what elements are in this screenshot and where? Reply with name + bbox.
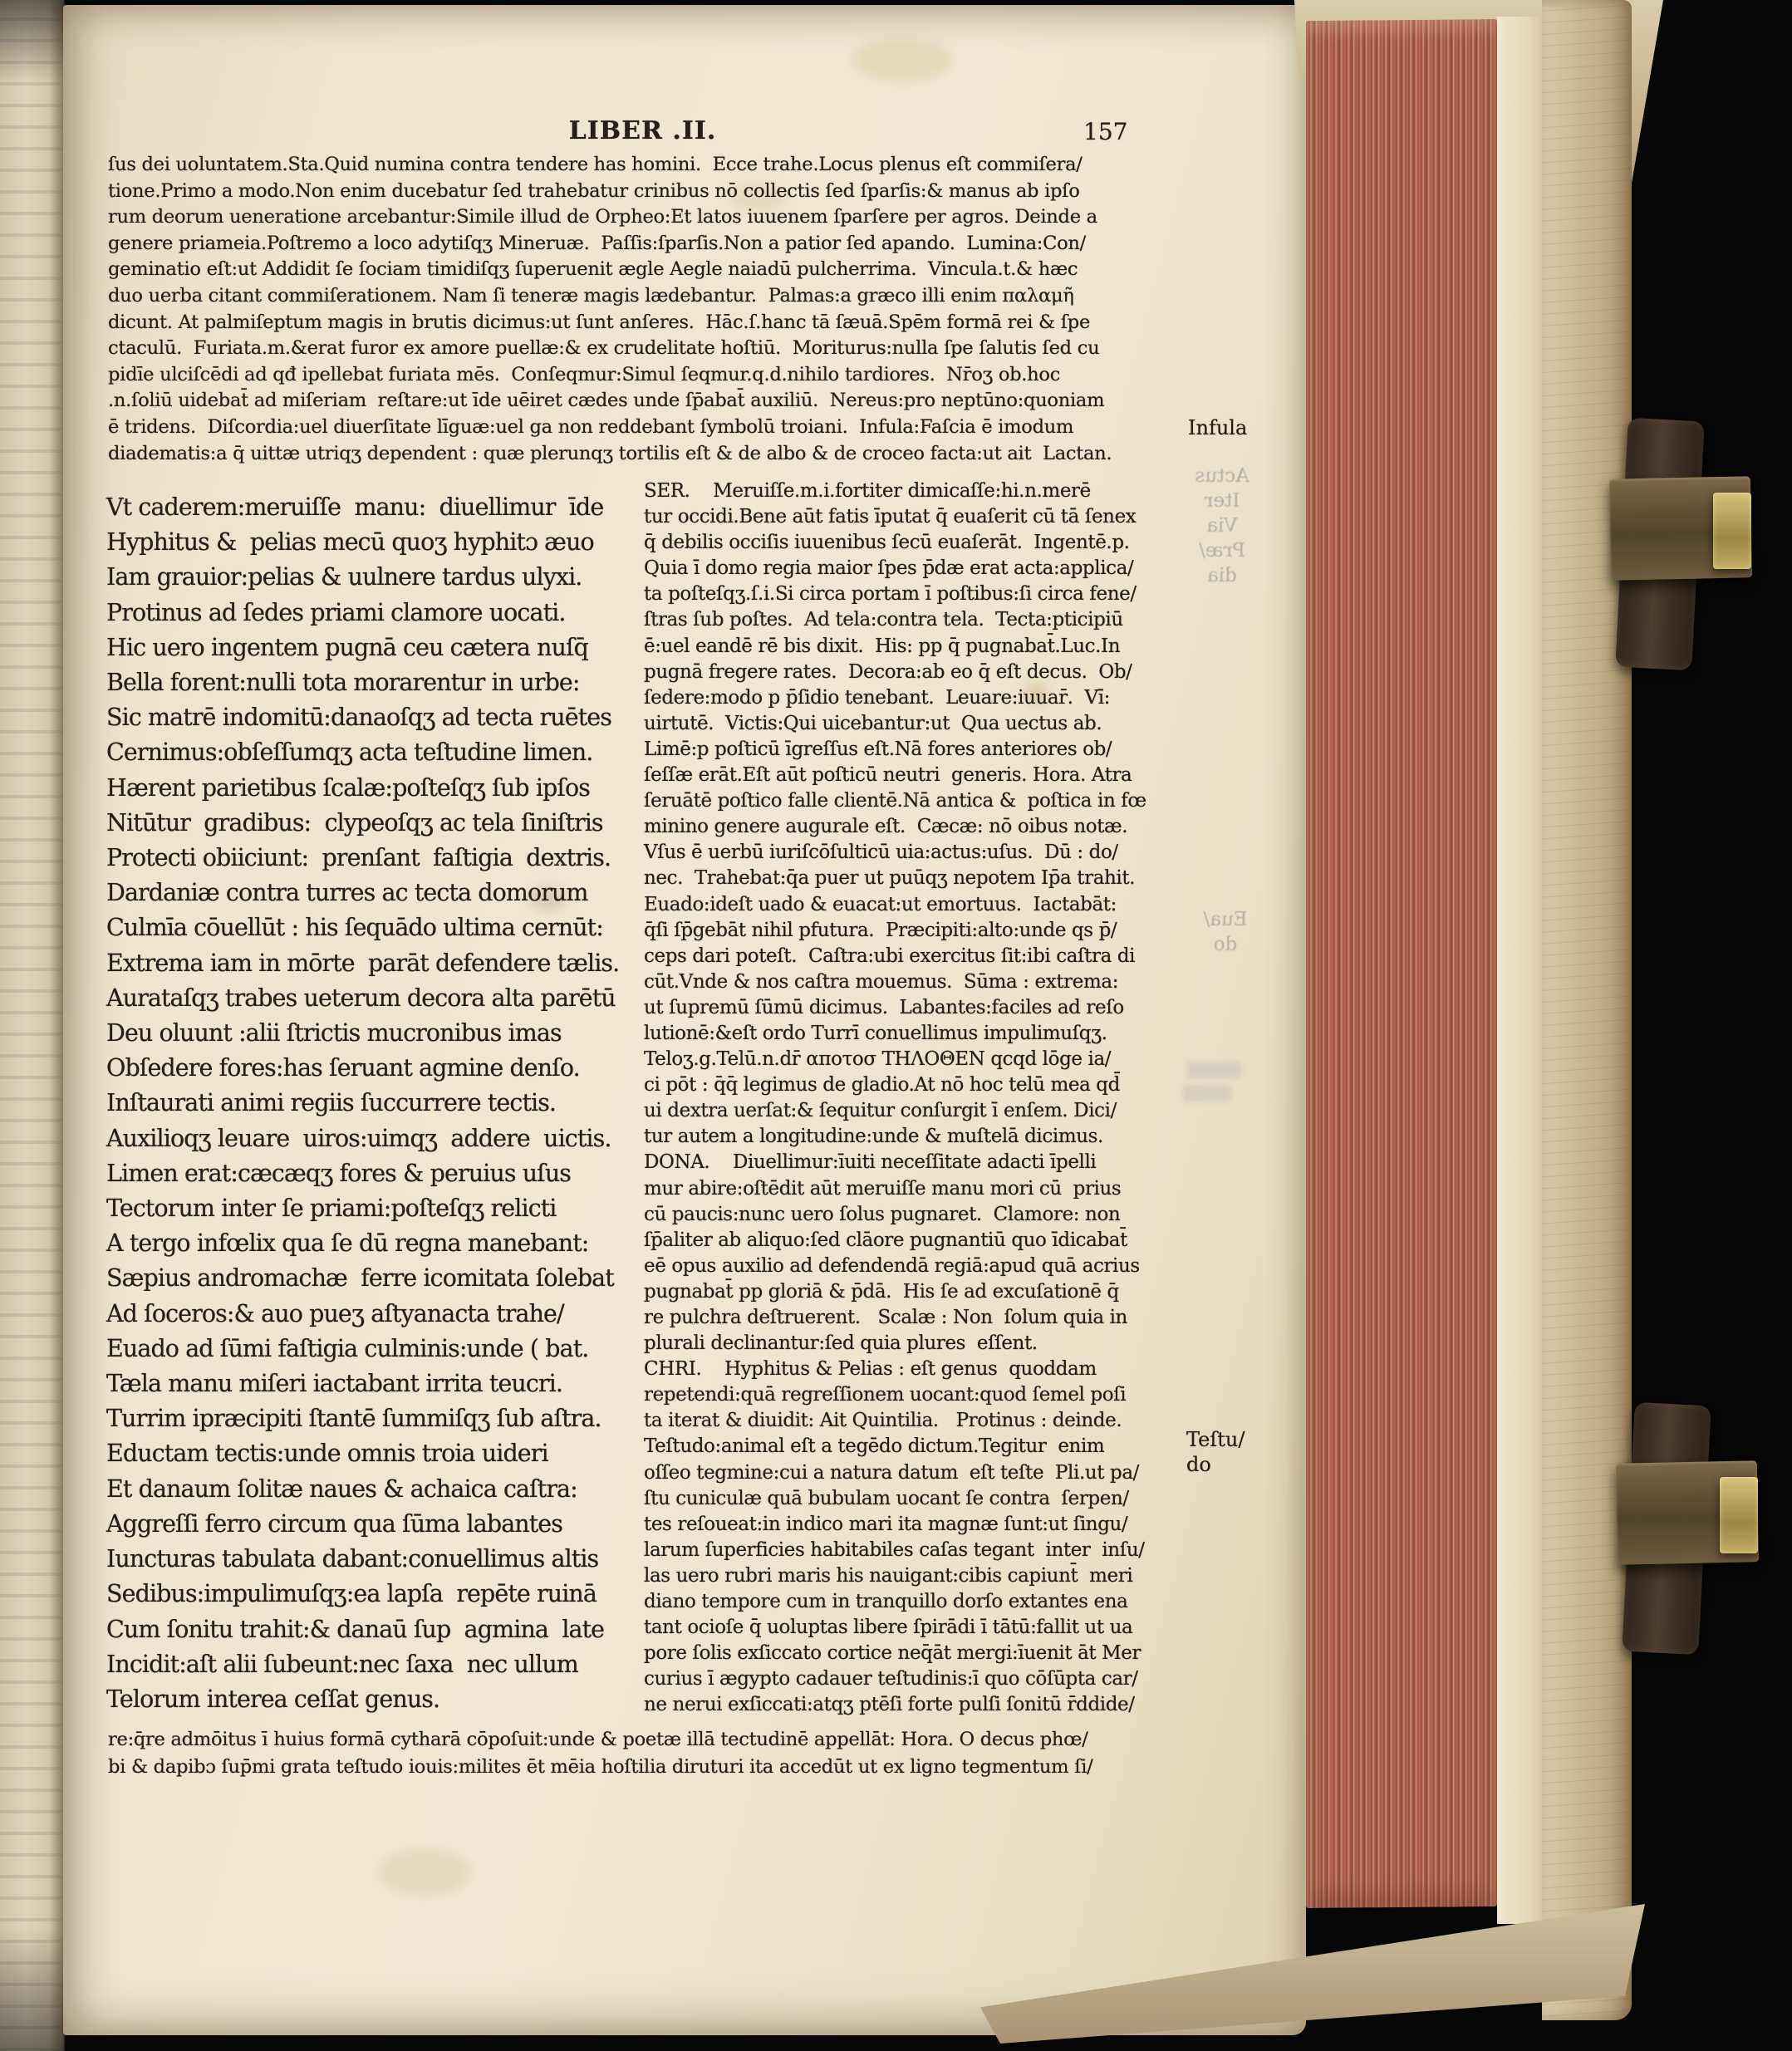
commentary-line: re pulchra deſtruerent. Scalæ : Non ſolu…: [644, 1305, 1192, 1331]
text-line: rum deorum ueneratione arcebantur:Simile…: [108, 204, 1180, 231]
clasp-brass-fitting: [1713, 493, 1751, 569]
commentary-line: ut ſupremū ſūmū dicimus. Labantes:facile…: [644, 995, 1192, 1021]
commentary-line: cū paucis:nunc uero ſolus pugnaret. Clam…: [644, 1202, 1192, 1228]
commentary-line: Teloʒ.g.Telū.n.dr̄ αποτοσ ΤΗΛΟΘΕΝ qcqd l…: [644, 1047, 1192, 1072]
commentary-line: tant ocioſe q̄ uoluptas libere ſpirādi ī…: [644, 1615, 1192, 1641]
commentary-line: las uero rubri maris his nauigant:cibis …: [644, 1563, 1192, 1589]
bleedthrough-margin-text: ActusIterViaPræ/dia: [1176, 464, 1268, 588]
commentary-line: curius ī ægypto cadauer teſtudinis:ī quo…: [644, 1666, 1192, 1692]
commentary-line: larum ſuperficies habitabiles caſas tega…: [644, 1538, 1192, 1563]
clasp-brass-fitting: [1720, 1477, 1758, 1553]
commentary-line: ſedere:modo p p̄ſidio tenebant. Leuare:i…: [644, 685, 1192, 711]
verse-line: Eductam tectis:unde omnis troia uideri: [106, 1436, 638, 1471]
verse-line: Telorum interea ceſſat genus.: [106, 1682, 638, 1717]
commentary-line: DONA. Diuellimur:īuiti neceſſitate adact…: [644, 1150, 1192, 1175]
margin-note-testudo: Teſtu/do: [1186, 1427, 1245, 1477]
bleedthrough-line: dia: [1176, 563, 1268, 588]
commentary-line: Vſus ē uerbū iuriſcōſulticū uia:actus:uſ…: [644, 840, 1192, 866]
paper-stain: [379, 1849, 470, 1896]
text-line: tione.Primo a modo.Non enim ducebatur ſe…: [108, 179, 1180, 205]
commentary-line: diano tempore cum in tranquillo dorſo ex…: [644, 1589, 1192, 1615]
verse-line: Sæpius andromachæ ferre icomitata ſoleba…: [106, 1261, 638, 1296]
commentary-line: eē opus auxilio ad defendendā regiā:apud…: [644, 1254, 1192, 1279]
commentary-line: oſſeo tegmine:cui a natura datum eſt teſ…: [644, 1460, 1192, 1486]
verse-line: Culmīa cōuellūt : his ſequādo ultima cer…: [106, 910, 638, 945]
commentary-line: q̄ debilis occiſis iuuenibus ſecū euaſer…: [644, 530, 1192, 556]
folio-number: 157: [1083, 118, 1127, 145]
verse-line: Sic matrē indomitū:danaoſqʒ ad tecta ruē…: [106, 700, 638, 735]
commentary-line: pugnabat̄ pp gloriā & p̄dā. His ſe ad ex…: [644, 1279, 1192, 1305]
verse-line: Et danaum ſolitæ naues & achaica caſtra:: [106, 1472, 638, 1507]
verse-line: A tergo infœlix qua ſe dū regna manebant…: [106, 1226, 638, 1261]
commentary-line: Teſtudo:animal eſt a tegēdo dictum.Tegit…: [644, 1434, 1192, 1460]
commentary-line: Quia ī domo regia maior ſpes p̄dæ erat a…: [644, 556, 1192, 581]
verse-line: Protecti obiiciunt: prenſant faſtigia de…: [106, 841, 638, 876]
verse-line: Cum ſonitu trahit:& danaū ſup agmina lat…: [106, 1612, 638, 1647]
commentary-line: ci pōt : q̄q̄ legimus de gladio.At nō ho…: [644, 1072, 1192, 1098]
commentary-line: Limē:p poſticū īgreſſus eſt.Nā fores ant…: [644, 737, 1192, 763]
commentary-line: ſtu cuniculæ quā bubulam uocant ſe contr…: [644, 1486, 1192, 1512]
text-line: genere priameia.Poſtremo a loco adytiſqʒ…: [108, 231, 1180, 258]
verse-line: Hic uero ingentem pugnā ceu cætera nuſq̄: [106, 631, 638, 665]
commentary-line: ta poſteſqʒ.ſ.i.Si circa portam ī poſtib…: [644, 581, 1192, 607]
verse-line: Protinus ad ſedes priami clamore uocati.: [106, 596, 638, 631]
bleedthrough-line: Præ/: [1176, 538, 1268, 563]
commentary-line: ta iterat & diuidit: Ait Quintilia. Prot…: [644, 1408, 1192, 1434]
commentary-line: ſeſſæ erāt.Eſt aūt poſticū neutri generi…: [644, 763, 1192, 788]
photograph-of-incunabulum-page: { "page": { "header": { "title": "LIBER …: [0, 0, 1792, 2051]
bleedthrough-line: Eua/: [1180, 907, 1271, 932]
text-line: ſus dei uoluntatem.Sta.Quid numina contr…: [108, 152, 1180, 179]
margin-note-line: Teſtu/: [1186, 1427, 1245, 1452]
commentary-line: ceps dari poteſt. Caſtra:ubi exercitus ſ…: [644, 944, 1192, 969]
bleedthrough-smudge: [1186, 1062, 1241, 1078]
text-line: ctaculū. Furiata.m.&erat furor ex amore …: [108, 336, 1180, 362]
verse-line: Ad ſoceros:& auo pueʒ aſtyanacta trahe/: [106, 1297, 638, 1332]
verse-line: Euado ad ſūmi faſtigia culminis:unde ( b…: [106, 1332, 638, 1367]
commentary-line: q̄ſi ſp̄gebāt nihil pfutura. Præcipiti:a…: [644, 918, 1192, 944]
commentary-line: CHRI. Hyphitus & Pelias : eſt genus quod…: [644, 1357, 1192, 1382]
red-stained-fore-edge: [1306, 19, 1497, 1908]
commentary-line: uirtutē. Victis:Qui uicebantur:ut Qua ue…: [644, 711, 1192, 737]
verse-line: Limen erat:cæcæqʒ fores & peruius uſus: [106, 1156, 638, 1191]
text-line: ē tridens. Diſcordia:uel diuerſitate līg…: [108, 415, 1180, 441]
text-line: pidīe ulciſcēdi ad qđ ipellebat furiata …: [108, 362, 1180, 389]
text-line: diadematis:a q̄ uittæ utriqʒ dependent :…: [108, 441, 1180, 468]
verse-line: Iam grauior:pelias & uulnere tardus ulyx…: [106, 560, 638, 595]
facing-page-edge: [0, 0, 65, 2051]
commentary-line: minino genere augurale eſt. Cæcæ: nō oib…: [644, 814, 1192, 840]
verse-column: Vt caderem:meruiſſe manu: diuellimur īde…: [106, 490, 638, 1717]
verse-line: Vt caderem:meruiſſe manu: diuellimur īde: [106, 490, 638, 525]
commentary-line: ē:uel eandē rē bis dixit. His: pp q̄ pug…: [644, 634, 1192, 660]
bottom-commentary-block: re:q̄re admōitus ī huius formā cytharā c…: [108, 1726, 1188, 1781]
verse-line: Hærent parietibus ſcalæ:poſteſqʒ ſub ipſ…: [106, 771, 638, 806]
bleedthrough-line: Iter: [1176, 488, 1268, 513]
book-page: LIBER .II. 157 ſus dei uoluntatem.Sta.Qu…: [63, 5, 1306, 2035]
verse-line: Sedibus:impulimuſqʒ:ea lapſa repēte ruin…: [106, 1577, 638, 1612]
commentary-line: lutionē:&eſt ordo Turrī conuellimus impu…: [644, 1021, 1192, 1047]
commentary-line: tes reſoueat:in indico mari ita magnæ ſu…: [644, 1512, 1192, 1538]
verse-line: Cernimus:obſeſſumqʒ acta teſtudine limen…: [106, 735, 638, 770]
commentary-line: ne nerui exſiccati:atqʒ ptēſi forte pulſ…: [644, 1692, 1192, 1718]
bleedthrough-line: do: [1180, 932, 1271, 957]
verse-line: Nitūtur gradibus: clypeoſqʒ ac tela ſini…: [106, 806, 638, 841]
bleedthrough-line: Via: [1176, 513, 1268, 538]
text-line: .n.ſoliū uidebat̄ ad miſeriam reſtare:ut…: [108, 388, 1180, 415]
paper-stain: [852, 38, 952, 81]
verse-line: Auxilioqʒ leuare uiros:uimqʒ addere uict…: [106, 1121, 638, 1156]
commentary-line: plurali declinantur:ſed quia plures eſſe…: [644, 1331, 1192, 1357]
commentary-line: ſeruātē poſtico falle clientē.Nā antica …: [644, 788, 1192, 814]
text-line: bi & dapibɔ ſup̄mi grata teſtudo iouis:m…: [108, 1754, 1188, 1781]
running-title: LIBER .II.: [63, 116, 1222, 145]
text-line: duo uerba citant commiſerationem. Nam ſi…: [108, 283, 1180, 310]
verse-line: Aurataſqʒ trabes ueterum decora alta par…: [106, 981, 638, 1016]
vellum-cover-edge: [1542, 0, 1632, 2020]
top-commentary-block: ſus dei uoluntatem.Sta.Quid numina contr…: [108, 152, 1180, 467]
verse-line: Extrema iam in mōrte parāt defendere tæl…: [106, 946, 638, 981]
page-block-edge: [1497, 17, 1544, 1924]
verse-line: Dardaniæ contra turres ac tecta domorum: [106, 876, 638, 910]
commentary-line: Euado:ideſt uado & euacat:ut emortuus. I…: [644, 892, 1192, 918]
commentary-line: tur occidi.Bene aūt fatis īputat q̄ euaſ…: [644, 504, 1192, 530]
commentary-line: nec. Trahebat:q̄a puer ut puūqʒ nepotem …: [644, 866, 1192, 891]
bleedthrough-line: Actus: [1176, 464, 1268, 488]
text-line: re:q̄re admōitus ī huius formā cytharā c…: [108, 1726, 1188, 1754]
verse-line: Turrim ipræcipiti ſtantē ſummiſqʒ ſub aſ…: [106, 1401, 638, 1436]
bleedthrough-smudge: [1183, 1085, 1231, 1102]
commentary-line: ui dextra uerſat:& ſequitur conſurgit ī …: [644, 1098, 1192, 1124]
commentary-line: mur abire:oſtēdit aūt meruiſſe manu mori…: [644, 1176, 1192, 1202]
commentary-line: pore ſolis exſiccato cortice neq̄āt merg…: [644, 1641, 1192, 1666]
verse-line: Incidit:aſt alii ſubeunt:nec ſaxa nec ul…: [106, 1647, 638, 1682]
margin-note-infula: Infula: [1188, 415, 1247, 440]
commentary-line: ſp̄aliter ab aliquo:ſed clāore pugnantiū…: [644, 1228, 1192, 1254]
commentary-line: repetendi:quā regreſſionem uocant:quod ſ…: [644, 1382, 1192, 1408]
bleedthrough-margin-text: Eua/do: [1180, 907, 1271, 957]
verse-line: Iuncturas tabulata dabant:conuellimus al…: [106, 1542, 638, 1577]
commentary-column: SER. Meruiſſe.m.i.fortiter dimicaſſe:hi.…: [644, 478, 1192, 1719]
verse-line: Tectorum inter ſe priami:poſteſqʒ relict…: [106, 1191, 638, 1226]
verse-line: Bella forent:nulli tota morarentur in ur…: [106, 665, 638, 700]
text-line: geminatio eſt:ut Addidit ſe ſociam timid…: [108, 257, 1180, 283]
commentary-line: tur autem a longitudine:unde & muſtelā d…: [644, 1124, 1192, 1150]
text-line: dicunt. At palmiſeptum magis in brutis d…: [108, 310, 1180, 336]
commentary-line: SER. Meruiſſe.m.i.fortiter dimicaſſe:hi.…: [644, 478, 1192, 504]
verse-line: Obſedere fores:has ſeruant agmine denſo.: [106, 1051, 638, 1086]
commentary-line: cūt.Vnde & nos caſtra mouemus. Sūma : ex…: [644, 969, 1192, 995]
verse-line: Inſtaurati animi regiis ſuccurrere tecti…: [106, 1086, 638, 1121]
verse-line: Aggreſſi ferro circum qua ſūma labantes: [106, 1507, 638, 1542]
commentary-line: ſtras ſub poſtes. Ad tela:contra tela. T…: [644, 607, 1192, 633]
verse-line: Tæla manu miſeri iactabant irrita teucri…: [106, 1367, 638, 1401]
verse-line: Hyphitus & pelias mecū quoʒ hyphitɔ æuo: [106, 525, 638, 560]
verse-line: Deu oluunt :alii ſtrictis mucronibus ima…: [106, 1016, 638, 1051]
margin-note-line: do: [1186, 1452, 1245, 1477]
commentary-line: pugnā fregere rates. Decora:ab eo q̄ eſt…: [644, 660, 1192, 685]
